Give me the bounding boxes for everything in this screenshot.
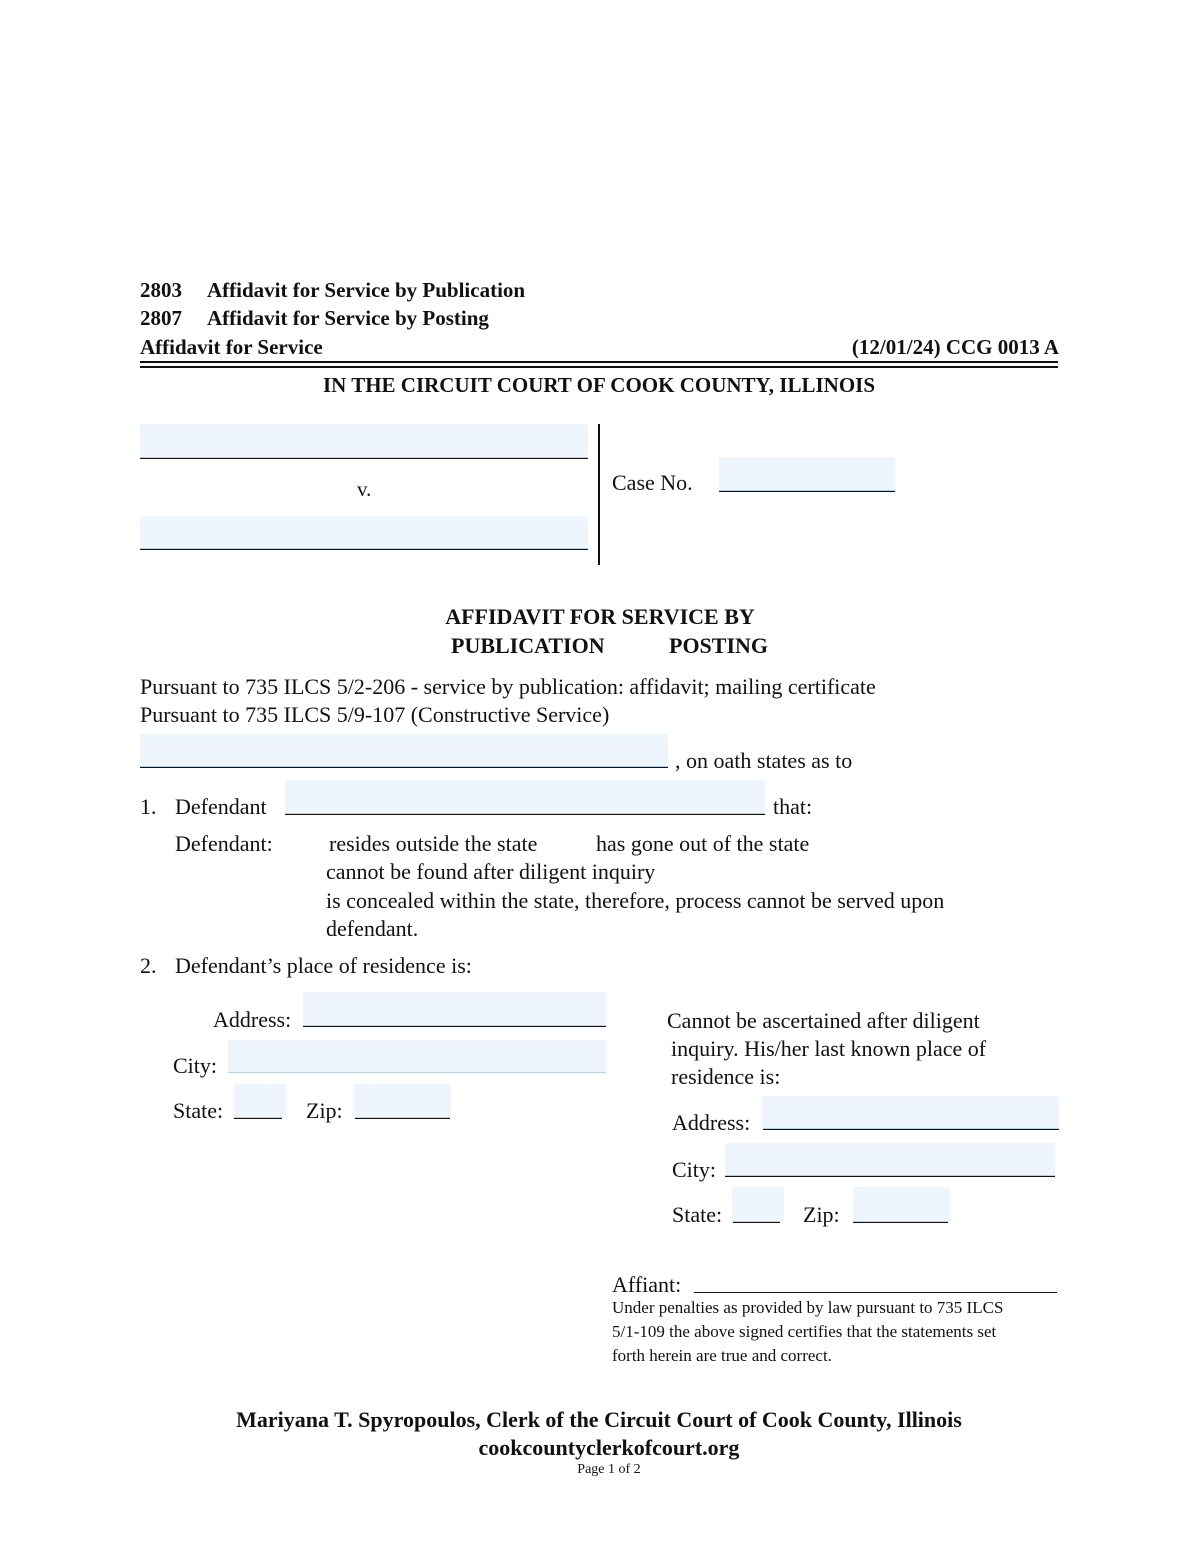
known-zip-underline <box>355 1118 450 1119</box>
plaintiff-field[interactable] <box>140 424 588 457</box>
unknown-text-line-2: inquiry. His/her last known place of <box>671 1036 986 1062</box>
item-1-number: 1. <box>140 794 157 820</box>
item-2-label: Defendant’s place of residence is: <box>175 953 472 979</box>
certification-line-3: forth herein are true and correct. <box>612 1346 832 1366</box>
affiant-name-field[interactable] <box>140 734 668 767</box>
known-state-field[interactable] <box>234 1084 286 1117</box>
last-known-address-field[interactable] <box>762 1096 1059 1129</box>
title-line-1: AFFIDAVIT FOR SERVICE BY <box>0 604 1200 630</box>
unknown-text-line-3: residence is: <box>671 1064 780 1090</box>
certification-line-1: Under penalties as provided by law pursu… <box>612 1298 1003 1318</box>
last-known-zip-field[interactable] <box>853 1187 950 1221</box>
known-city-underline <box>228 1072 606 1073</box>
caption-divider <box>598 424 600 565</box>
reasons-label: Defendant: <box>175 831 273 857</box>
last-known-zip-underline <box>853 1222 948 1223</box>
known-city-label: City: <box>173 1053 217 1079</box>
clerk-website: cookcountyclerkofcourt.org <box>0 1435 1200 1461</box>
option-posting-label: POSTING <box>669 633 768 659</box>
known-address-label: Address: <box>213 1007 291 1033</box>
defendant-name-underline <box>285 814 765 815</box>
form-id: (12/01/24) CCG 0013 A <box>852 335 1059 360</box>
plaintiff-underline <box>140 458 588 459</box>
known-zip-field[interactable] <box>354 1084 451 1117</box>
case-no-label: Case No. <box>612 470 693 496</box>
reason-concealed-continuation: defendant. <box>326 916 418 942</box>
header-rule-bottom <box>140 366 1058 368</box>
page-number: Page 1 of 2 <box>0 1462 1200 1478</box>
known-city-field[interactable] <box>228 1040 606 1072</box>
reason-concealed: is concealed within the state, therefore… <box>326 888 944 914</box>
last-known-city-underline <box>725 1176 1055 1177</box>
clerk-name: Mariyana T. Spyropoulos, Clerk of the Ci… <box>0 1407 1198 1433</box>
certification-line-2: 5/1-109 the above signed certifies that … <box>612 1322 996 1342</box>
last-known-city-field[interactable] <box>725 1143 1055 1176</box>
case-number-field[interactable] <box>719 457 895 491</box>
statute-line-1: Pursuant to 735 ILCS 5/2-206 - service b… <box>140 674 876 700</box>
option-publication-label: PUBLICATION <box>451 633 605 659</box>
last-known-state-field[interactable] <box>732 1187 784 1221</box>
defendant-caption-field[interactable] <box>140 516 588 549</box>
versus-label: v. <box>357 477 371 502</box>
last-known-state-label: State: <box>672 1202 722 1228</box>
known-state-underline <box>234 1118 282 1119</box>
last-known-state-underline <box>733 1222 780 1223</box>
defendant-caption-underline <box>140 549 588 550</box>
reason-cannot-be-found: cannot be found after diligent inquiry <box>326 859 655 885</box>
item-1-suffix: that: <box>773 794 812 820</box>
court-title: IN THE CIRCUIT COURT OF COOK COUNTY, ILL… <box>0 373 1198 398</box>
known-address-field[interactable] <box>303 992 606 1025</box>
form-code-2807: 2807 <box>140 306 182 331</box>
known-address-underline <box>303 1026 606 1027</box>
header-rule-top <box>140 361 1058 363</box>
last-known-city-label: City: <box>672 1157 716 1183</box>
affiant-signature-line[interactable] <box>694 1292 1057 1293</box>
last-known-address-underline <box>763 1129 1059 1130</box>
affiant-name-underline <box>140 767 668 768</box>
reason-resides-outside: resides outside the state <box>329 831 537 857</box>
last-known-address-label: Address: <box>672 1110 750 1136</box>
form-title-posting: Affidavit for Service by Posting <box>207 306 489 331</box>
oath-statement: , on oath states as to <box>675 748 852 774</box>
statute-line-2: Pursuant to 735 ILCS 5/9-107 (Constructi… <box>140 702 609 728</box>
item-2-number: 2. <box>140 953 157 979</box>
affiant-label: Affiant: <box>612 1272 681 1298</box>
last-known-zip-label: Zip: <box>803 1202 840 1228</box>
known-state-label: State: <box>173 1098 223 1124</box>
defendant-name-field[interactable] <box>285 780 765 813</box>
case-number-underline <box>719 491 895 492</box>
form-code-2803: 2803 <box>140 278 182 303</box>
known-zip-label: Zip: <box>306 1098 343 1124</box>
form-name: Affidavit for Service <box>140 335 323 360</box>
unknown-text-line-1: Cannot be ascertained after diligent <box>667 1008 980 1034</box>
reason-gone-out: has gone out of the state <box>596 831 809 857</box>
form-title-publication: Affidavit for Service by Publication <box>207 278 525 303</box>
item-1-label: Defendant <box>175 794 267 820</box>
